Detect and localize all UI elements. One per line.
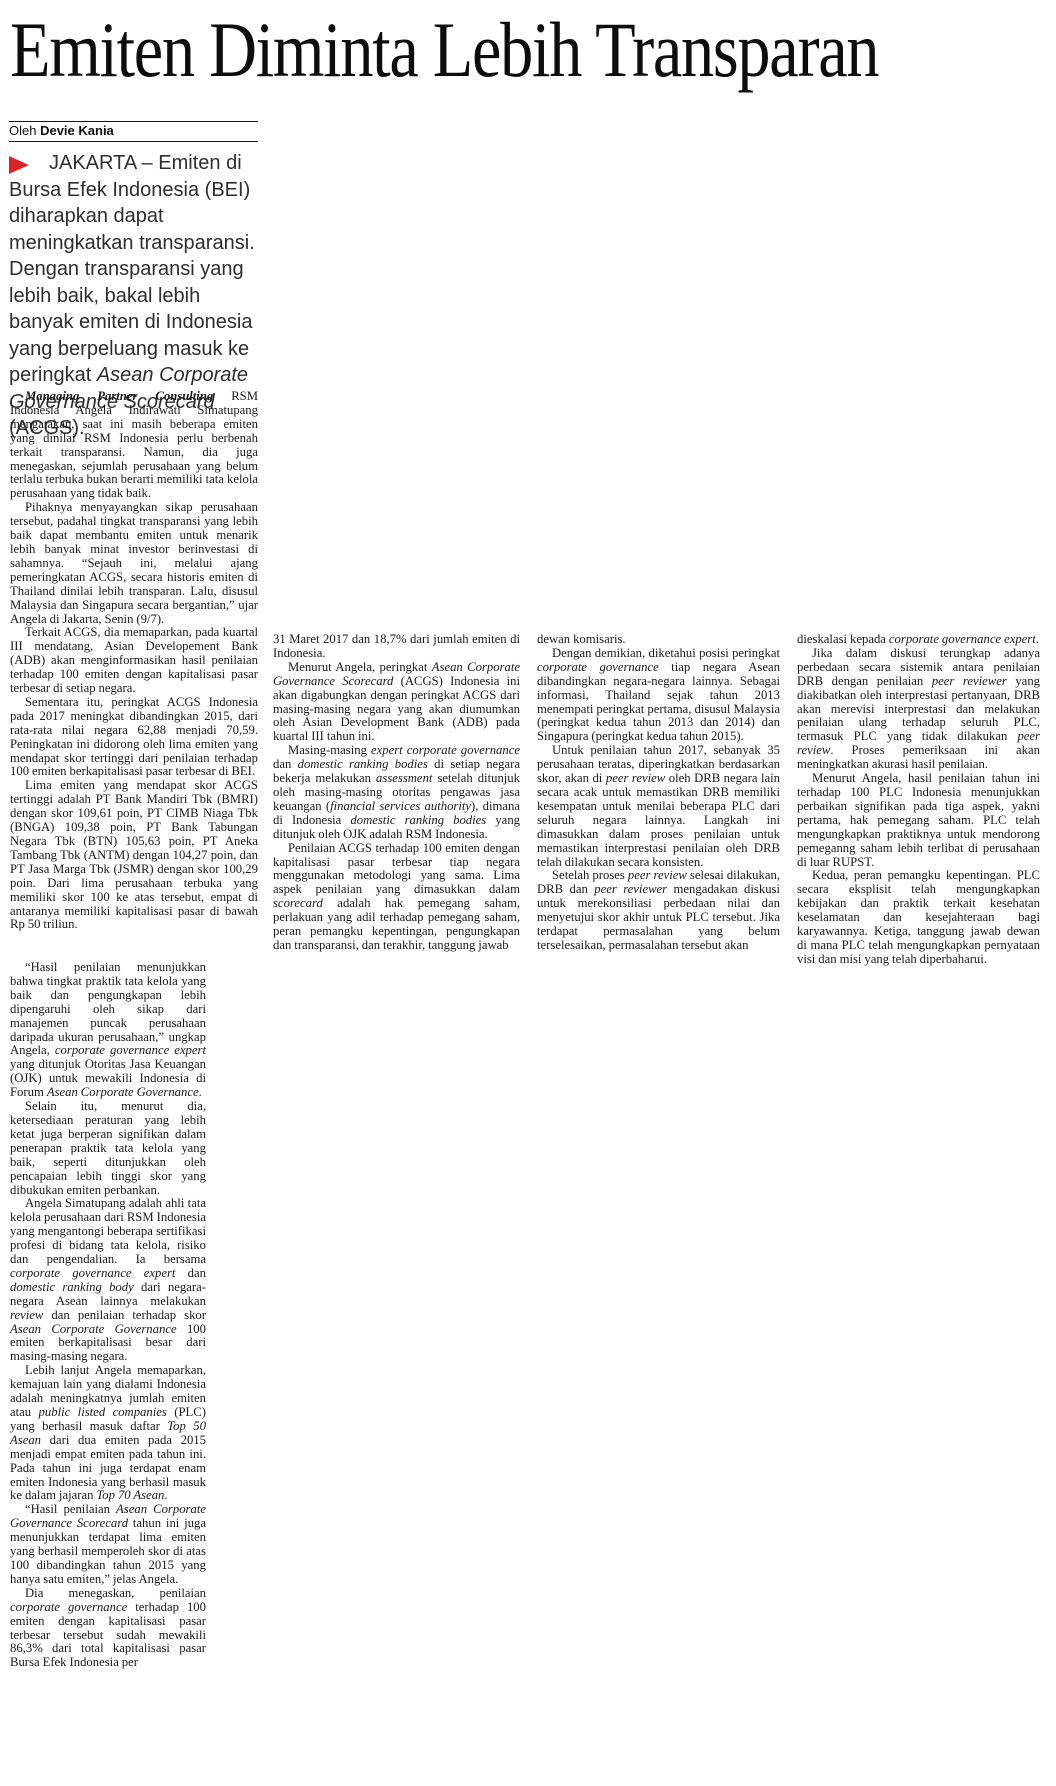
paragraph: Pihaknya menyayangkan sikap perusahaan t… [10,501,258,626]
article-column-4: dieskalasi kepada corporate governance e… [797,633,1040,967]
paragraph: Selain itu, menurut dia, ketersediaan pe… [10,1100,206,1197]
newspaper-page: Emiten Diminta Lebih Transparan Oleh Dev… [0,0,1056,1786]
paragraph: Lima emiten yang mendapat skor ACGS tert… [10,779,258,932]
paragraph: dieskalasi kepada corporate governance e… [797,633,1040,647]
paragraph: 31 Maret 2017 dan 18,7% dari jumlah emit… [273,633,520,661]
article-headline: Emiten Diminta Lebih Transparan [10,4,878,96]
paragraph: Sementara itu, peringkat ACGS Indonesia … [10,696,258,779]
paragraph: Dia menegaskan, penilaian corporate gove… [10,1587,206,1670]
paragraph: dewan komisaris. [537,633,780,647]
paragraph: “Hasil penilaian Asean Corporate Governa… [10,1503,206,1586]
article-column-1-narrow: “Hasil penilaian menunjukkan bahwa tingk… [10,961,206,1670]
paragraph: Managing Partner Consulting RSM Indonesi… [10,390,258,501]
byline-author: Devie Kania [40,123,114,138]
paragraph: Terkait ACGS, dia memaparkan, pada kuart… [10,626,258,696]
article-column-1-wide: Managing Partner Consulting RSM Indonesi… [10,390,258,932]
paragraph: “Hasil penilaian menunjukkan bahwa tingk… [10,961,206,1100]
paragraph: Setelah proses peer review selesai dilak… [537,869,780,952]
paragraph: Dengan demikian, diketahui posisi pering… [537,647,780,744]
article-column-2: 31 Maret 2017 dan 18,7% dari jumlah emit… [273,633,520,953]
paragraph: Penilaian ACGS terhadap 100 emiten denga… [273,842,520,953]
article-column-3: dewan komisaris.Dengan demikian, diketah… [537,633,780,953]
paragraph: Jika dalam diskusi terungkap adanya perb… [797,647,1040,772]
paragraph: Kedua, peran pemangku kepentingan. PLC s… [797,869,1040,966]
paragraph: Menurut Angela, peringkat Asean Corporat… [273,661,520,744]
paragraph: Masing-masing expert corporate governanc… [273,744,520,841]
paragraph: Angela Simatupang adalah ahli tata kelol… [10,1197,206,1364]
paragraph: Menurut Angela, hasil penilaian tahun in… [797,772,1040,869]
byline-prefix: Oleh [9,123,40,138]
paragraph: Lebih lanjut Angela memaparkan, kemajuan… [10,1364,206,1503]
byline: Oleh Devie Kania [9,121,258,142]
paragraph: Untuk penilaian tahun 2017, sebanyak 35 … [537,744,780,869]
